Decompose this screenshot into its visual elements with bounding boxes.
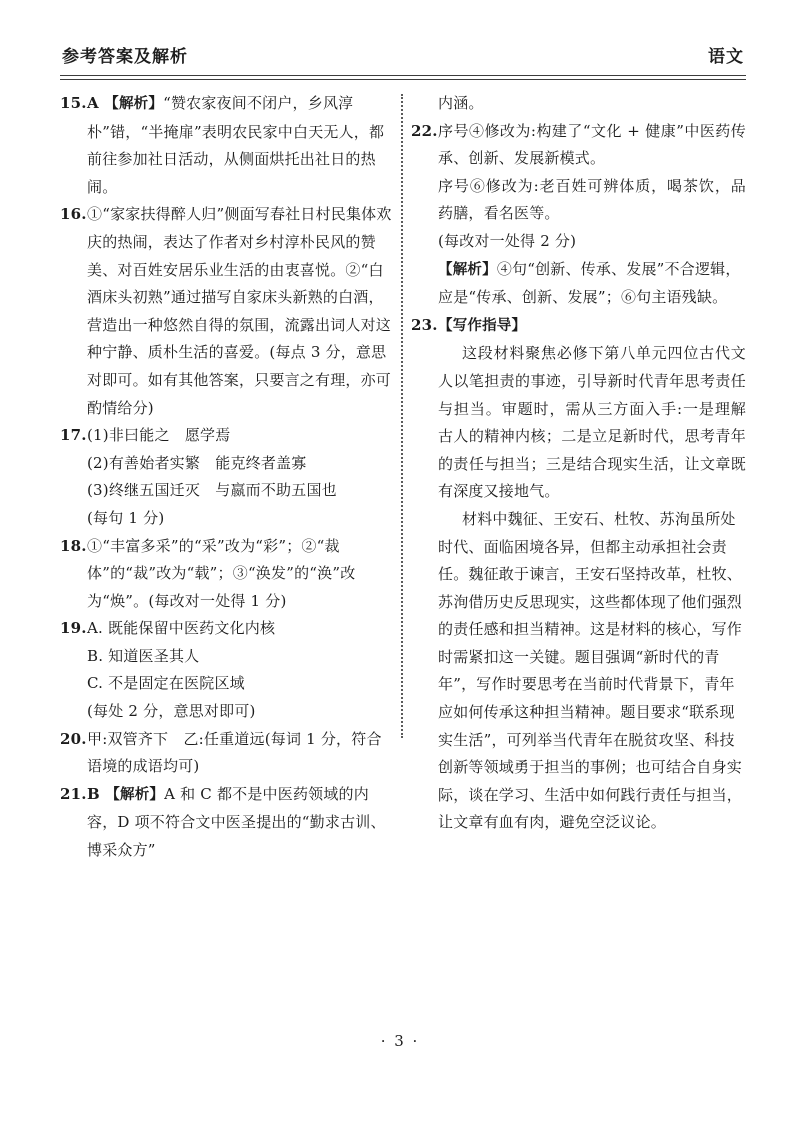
answer-item-16: 16.①“家家扶得醉人归”侧面写春社日村民集体欢庆的热闹，表达了作者对乡村淳朴民… bbox=[60, 201, 393, 422]
text-segment: 序号④修改为:构建了“文化 + 健康”中医药传承、创新、发展新模式。 bbox=[438, 122, 746, 168]
text-line: 甲:双管齐下 乙:任重道远(每词 1 分，符合语境的成语均可) bbox=[87, 726, 393, 781]
answer-sheet-page: 参考答案及解析 语文 15.A 【解析】“赞农家夜间不闭户，乡风淳朴”错，“半掩… bbox=[60, 42, 746, 865]
label-bracketed: 【解析】 bbox=[438, 262, 497, 278]
answer-item-23: 23.【写作指导】这段材料聚焦必修下第八单元四位古代文人以笔担责的事迹，引导新时… bbox=[411, 312, 746, 837]
item-number: 15. bbox=[60, 90, 87, 118]
item-number: 22. bbox=[411, 118, 438, 146]
text-segment: B bbox=[87, 785, 105, 803]
item-number: 23. bbox=[411, 312, 438, 340]
answer-item-22: 22.序号④修改为:构建了“文化 + 健康”中医药传承、创新、发展新模式。序号⑥… bbox=[411, 118, 746, 312]
label-bracketed: 【写作指导】 bbox=[438, 318, 526, 334]
text-segment: A. 既能保留中医药文化内核 bbox=[87, 619, 275, 637]
text-line: ①“家家扶得醉人归”侧面写春社日村民集体欢庆的热闹，表达了作者对乡村淳朴民风的赞… bbox=[87, 201, 393, 422]
text-segment: ①“家家扶得醉人归”侧面写春社日村民集体欢庆的热闹，表达了作者对乡村淳朴民风的赞… bbox=[87, 205, 392, 416]
text-line: 内涵。 bbox=[438, 90, 746, 118]
item-number: 19. bbox=[60, 615, 87, 643]
header-double-rule bbox=[60, 75, 746, 80]
column-gap bbox=[393, 90, 411, 865]
text-line: (3)终继五国迁灭 与嬴而不助五国也 bbox=[87, 477, 393, 505]
header-title: 参考答案及解析 bbox=[62, 42, 188, 67]
text-segment: 这段材料聚焦必修下第八单元四位古代文人以笔担责的事迹，引导新时代青年思考责任与担… bbox=[438, 344, 746, 500]
text-segment: (1)非曰能之 愿学焉 bbox=[87, 426, 230, 444]
label-bracketed: 【解析】 bbox=[105, 787, 164, 803]
text-segment: A bbox=[87, 94, 104, 112]
answer-item-20: 20.甲:双管齐下 乙:任重道远(每词 1 分，符合语境的成语均可) bbox=[60, 726, 393, 781]
label-bracketed: 【解析】 bbox=[104, 96, 163, 112]
text-line: A. 既能保留中医药文化内核 bbox=[87, 615, 393, 643]
text-line: 材料中魏征、王安石、杜牧、苏洵虽所处时代、面临困境各异，但都主动承担社会责任。魏… bbox=[438, 506, 746, 837]
text-segment: 甲:双管齐下 乙:任重道远(每词 1 分，符合语境的成语均可) bbox=[87, 730, 382, 776]
text-line: B 【解析】A 和 C 都不是中医药领域的内容，D 项不符合文中医圣提出的“勤求… bbox=[87, 781, 393, 865]
item-number: 18. bbox=[60, 533, 87, 561]
text-segment: 内涵。 bbox=[438, 94, 484, 112]
text-line: (每句 1 分) bbox=[87, 505, 393, 533]
text-segment: (每处 2 分，意思对即可) bbox=[87, 702, 256, 720]
text-segment: (每改对一处得 2 分) bbox=[438, 232, 576, 250]
answer-item-17: 17.(1)非曰能之 愿学焉(2)有善始者实繁 能克终者盖寡(3)终继五国迁灭 … bbox=[60, 422, 393, 532]
text-segment: (2)有善始者实繁 能克终者盖寡 bbox=[87, 454, 306, 472]
item-number: 21. bbox=[60, 781, 87, 809]
text-segment: C. 不是固定在医院区域 bbox=[87, 674, 245, 692]
text-line: (1)非曰能之 愿学焉 bbox=[87, 422, 393, 450]
item-number: 20. bbox=[60, 726, 87, 754]
page-footer: · 3 · bbox=[0, 1032, 800, 1050]
answers-left-column: 15.A 【解析】“赞农家夜间不闭户，乡风淳朴”错，“半掩扉”表明农民家中白天无… bbox=[60, 90, 393, 865]
text-segment: (3)终继五国迁灭 与嬴而不助五国也 bbox=[87, 481, 337, 499]
text-line: 序号④修改为:构建了“文化 + 健康”中医药传承、创新、发展新模式。 bbox=[438, 118, 746, 173]
text-segment: ①“丰富多采”的“采”改为“彩”；②“裁体”的“裁”改为“载”；③“涣发”的“涣… bbox=[87, 537, 355, 610]
answer-item-18: 18.①“丰富多采”的“采”改为“彩”；②“裁体”的“裁”改为“载”；③“涣发”… bbox=[60, 533, 393, 616]
subject-label: 语文 bbox=[708, 42, 744, 67]
text-line: 【解析】④句“创新、传承、发展”不合逻辑，应是“传承、创新、发展”；⑥句主语残缺… bbox=[438, 256, 746, 312]
page-header: 参考答案及解析 语文 bbox=[60, 42, 746, 75]
column-divider bbox=[401, 94, 403, 738]
text-line: (每改对一处得 2 分) bbox=[438, 228, 746, 256]
answer-item-21: 21.B 【解析】A 和 C 都不是中医药领域的内容，D 项不符合文中医圣提出的… bbox=[60, 781, 393, 865]
text-line: (每处 2 分，意思对即可) bbox=[87, 698, 393, 726]
text-line: 序号⑥修改为:老百姓可辨体质，喝茶饮，品药膳，看名医等。 bbox=[438, 173, 746, 228]
text-line: (2)有善始者实繁 能克终者盖寡 bbox=[87, 450, 393, 478]
text-segment: B. 知道医圣其人 bbox=[87, 647, 199, 665]
text-line: 【写作指导】 bbox=[438, 312, 746, 341]
answers-right-column: 内涵。22.序号④修改为:构建了“文化 + 健康”中医药传承、创新、发展新模式。… bbox=[411, 90, 746, 837]
text-line: C. 不是固定在医院区域 bbox=[87, 670, 393, 698]
answer-item-19: 19.A. 既能保留中医药文化内核B. 知道医圣其人C. 不是固定在医院区域(每… bbox=[60, 615, 393, 725]
item-number: 17. bbox=[60, 422, 87, 450]
text-line: ①“丰富多采”的“采”改为“彩”；②“裁体”的“裁”改为“载”；③“涣发”的“涣… bbox=[87, 533, 393, 616]
text-segment: 材料中魏征、王安石、杜牧、苏洵虽所处时代、面临困境各异，但都主动承担社会责任。魏… bbox=[438, 510, 742, 832]
answer-columns: 15.A 【解析】“赞农家夜间不闭户，乡风淳朴”错，“半掩扉”表明农民家中白天无… bbox=[60, 90, 746, 865]
answer-item-21-continuation: 内涵。 bbox=[411, 90, 746, 118]
text-line: 这段材料聚焦必修下第八单元四位古代文人以笔担责的事迹，引导新时代青年思考责任与担… bbox=[438, 340, 746, 506]
page-number: · 3 · bbox=[381, 1032, 420, 1050]
text-segment: 序号⑥修改为:老百姓可辨体质，喝茶饮，品药膳，看名医等。 bbox=[438, 177, 746, 223]
item-number: 16. bbox=[60, 201, 87, 229]
text-line: B. 知道医圣其人 bbox=[87, 643, 393, 671]
answer-item-15: 15.A 【解析】“赞农家夜间不闭户，乡风淳朴”错，“半掩扉”表明农民家中白天无… bbox=[60, 90, 393, 201]
text-line: A 【解析】“赞农家夜间不闭户，乡风淳朴”错，“半掩扉”表明农民家中白天无人，都… bbox=[87, 90, 393, 201]
text-segment: (每句 1 分) bbox=[87, 509, 164, 527]
